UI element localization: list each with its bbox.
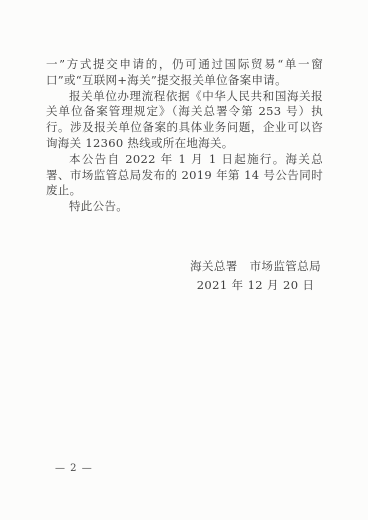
body-paragraph-procedure: 报关单位办理流程依据《中华人民共和国海关报关单位备案管理规定》（海关总署令第 2… — [46, 89, 323, 152]
body-paragraph-closing: 特此公告。 — [46, 199, 323, 215]
document-page: 一”方式提交申请的，仍可通过国际贸易“单一窗口”或“互联网+海关”提交报关单位备… — [0, 0, 368, 520]
body-paragraph-effective-date: 本公告自 2022 年 1 月 1 日起施行。海关总署、市场监管总局发布的 20… — [46, 152, 323, 199]
body-paragraph-continuation: 一”方式提交申请的，仍可通过国际贸易“单一窗口”或“互联网+海关”提交报关单位备… — [46, 57, 323, 89]
signature-block: 海关总署 市场监管总局 2021 年 12 月 20 日 — [190, 259, 321, 292]
page-number: — 2 — — [55, 463, 93, 474]
signature-agencies: 海关总署 市场监管总局 — [190, 259, 321, 273]
signature-date: 2021 年 12 月 20 日 — [190, 278, 321, 292]
announcement-body: 一”方式提交申请的，仍可通过国际贸易“单一窗口”或“互联网+海关”提交报关单位备… — [46, 57, 323, 215]
